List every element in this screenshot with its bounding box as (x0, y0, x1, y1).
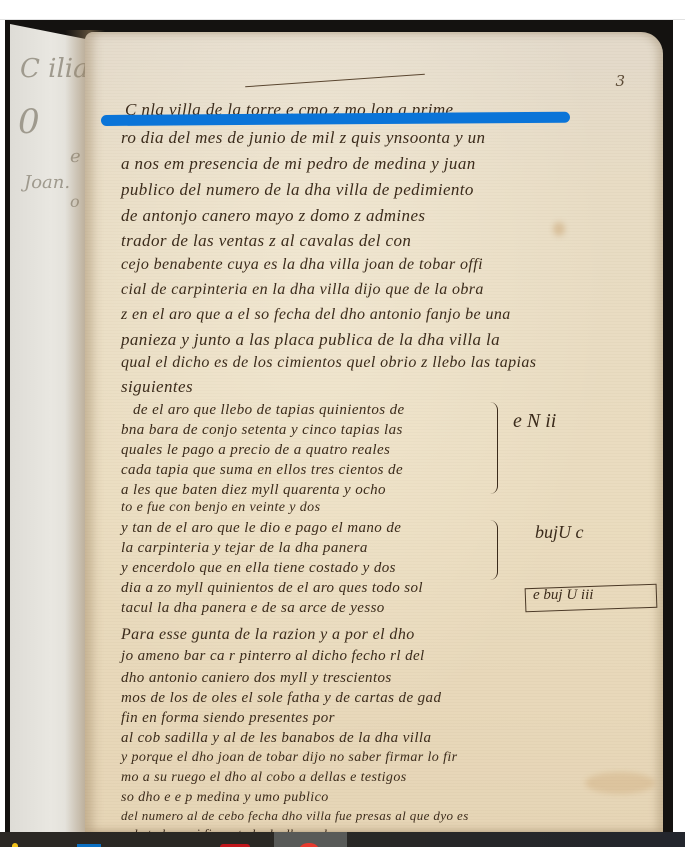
margin-note: bujU c (535, 522, 584, 543)
manuscript-scan: C ilia 0 e Joan. o 3 C nla villa de la t… (5, 20, 673, 832)
paper-stain (553, 222, 565, 236)
manuscript-line: qual el dicho es de los cimientos quel o… (121, 354, 536, 372)
manuscript-line: z en el aro que a el so fecha del dho an… (121, 306, 511, 324)
browser-icon (298, 843, 320, 847)
text-bracket (145, 402, 498, 494)
manuscript-line: jo ameno bar ca r pinterro al dicho fech… (121, 648, 425, 665)
manuscript-line: to e fue con benjo en veinte y dos (121, 500, 320, 516)
page-number: 3 (615, 72, 625, 90)
manuscript-line: siguientes (121, 377, 193, 397)
manuscript-line: trador de las ventas z al cavalas del co… (121, 231, 411, 251)
taskbar-item-browser[interactable] (274, 832, 347, 847)
manuscript-line: fin en forma siendo presentes por (121, 710, 335, 727)
manuscript-line: del numero al de cebo fecha dho villa fu… (121, 808, 469, 824)
paper-stain (585, 772, 655, 794)
manuscript-line: de antonjo canero mayo z domo z admines (121, 206, 425, 226)
margin-note: e N ii (513, 410, 556, 433)
manuscript-line: y porque el dho joan de tobar dijo no sa… (121, 750, 458, 766)
manuscript-page: 3 C nla villa de la torre e cmo z mo lon… (85, 32, 663, 832)
manuscript-line: publico del numero de la dha villa de pe… (121, 180, 474, 200)
margin-note: e buj U iii (533, 587, 593, 604)
taskbar (0, 832, 685, 847)
manuscript-line: ro dia del mes de junio de mil z quis yn… (121, 128, 485, 148)
taskbar-item-pdf-reader[interactable] (200, 832, 274, 847)
manuscript-line: panieza y junto a las placa publica de l… (121, 330, 500, 350)
manuscript-line: mos de los de oles el sole fatha y de ca… (121, 690, 441, 707)
taskbar-item-store[interactable] (60, 832, 130, 847)
flap-note: Joan. (24, 172, 70, 193)
manuscript-line: Para esse gunta de la razion y a por el … (121, 626, 415, 644)
manuscript-line: tacul la dha panera e de sa arce de yess… (121, 600, 385, 617)
text-bracket (145, 520, 498, 580)
taskbar-item-file-explorer[interactable] (0, 832, 60, 847)
manuscript-line: al cob sadilla y al de les banabos de la… (121, 730, 431, 747)
flap-note: 0 (18, 102, 40, 142)
manuscript-line: a nos em presencia de mi pedro de medina… (121, 154, 476, 174)
manuscript-line: dho antonio caniero dos myll y trescient… (121, 670, 392, 687)
manuscript-line: dia a zo myll quinientos de el aro ques … (121, 580, 423, 597)
manuscript-line: cejo benabente cuya es la dha villa joan… (121, 256, 483, 274)
file-explorer-icon (12, 843, 18, 847)
manuscript-line: so dho e e p medina y umo publico (121, 790, 329, 806)
top-stroke (245, 74, 425, 88)
manuscript-line: mo a su ruego el dho al cobo a dellas e … (121, 770, 407, 786)
manuscript-line: cial de carpinteria en la dha villa dijo… (121, 281, 484, 299)
